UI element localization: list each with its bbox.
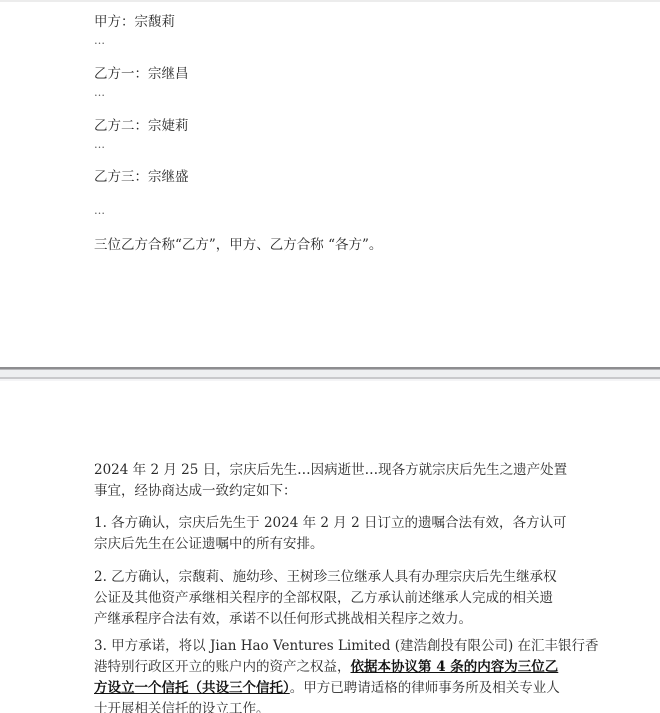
emphasized-trust-clause: 方设立一个信托（共设三个信托） <box>94 680 290 696</box>
emphasized-trust-clause: 依据本协议第 4 条的内容为三位乙 <box>351 659 559 675</box>
party-b3-line: 乙方三：宗继盛 <box>94 168 189 186</box>
page-top-edge <box>0 0 660 2</box>
document-page-1: 甲方：宗馥莉 … 乙方一：宗继昌 … 乙方二：宗婕莉 … 乙方三：宗继盛 … 三… <box>0 0 660 367</box>
clause-2-paragraph: 2. 乙方确认，宗馥莉、施幼珍、王树珍三位继承人具有办理宗庆后先生继承权 公证及… <box>94 567 574 630</box>
collective-term-line: 三位乙方合称“乙方”，甲方、乙方合称 “各方”。 <box>94 236 382 254</box>
ellipsis: … <box>94 138 106 151</box>
page-break-divider <box>0 367 660 381</box>
clause-1-paragraph: 1. 各方确认，宗庆后先生于 2024 年 2 月 2 日订立的遗嘱合法有效，各… <box>94 513 574 555</box>
party-a-line: 甲方：宗馥莉 <box>94 13 175 31</box>
clause-3-paragraph: 3. 甲方承诺，将以 Jian Hao Ventures Limited (建浩… <box>94 636 574 713</box>
party-b2-line: 乙方二：宗婕莉 <box>94 117 189 135</box>
preamble-paragraph: 2024 年 2 月 25 日，宗庆后先生…因病逝世…现各方就宗庆后先生之遗产处… <box>94 460 574 502</box>
ellipsis: … <box>94 86 106 99</box>
ellipsis: … <box>94 34 106 47</box>
ellipsis: … <box>94 204 106 217</box>
document-page-2: 2024 年 2 月 25 日，宗庆后先生…因病逝世…现各方就宗庆后先生之遗产处… <box>0 381 660 713</box>
party-b1-line: 乙方一：宗继昌 <box>94 65 189 83</box>
